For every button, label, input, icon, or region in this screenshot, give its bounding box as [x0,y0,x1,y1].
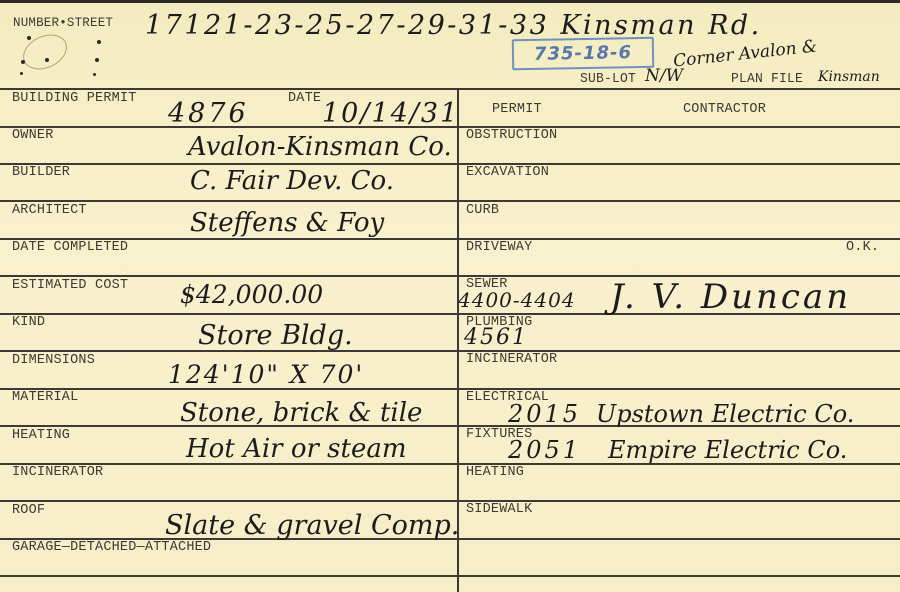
excavation-label: EXCAVATION [466,166,549,181]
builder-value: C. Fair Dev. Co. [190,168,394,194]
garage-label: GARAGE—DETACHED—ATTACHED [12,541,211,556]
plan-file-value: Kinsman [818,70,880,84]
sewer-contractor: J. V. Duncan [610,280,851,314]
corner-note: Corner Avalon & [673,38,818,70]
dimensions-value: 124'10" X 70' [168,362,364,387]
driveway-label: DRIVEWAY [466,241,532,256]
estimated-cost-label: ESTIMATED COST [12,279,128,294]
rule [0,350,900,352]
punch-dot [27,36,31,40]
plumbing-permit-number: 4561 [464,327,528,349]
sub-lot-label: SUB-LOT [580,72,636,87]
punch-dot [97,40,101,44]
sewer-permit-number: 4400-4404 [458,290,576,310]
roof-label: ROOF [12,504,45,519]
rule [0,163,900,165]
punch-dot [20,72,23,75]
owner-value: Avalon-Kinsman Co. [188,134,452,160]
owner-label: OWNER [12,129,54,144]
architect-value: Steffens & Foy [190,210,384,236]
top-edge [0,0,900,3]
kind-label: KIND [12,316,45,331]
rule [0,500,900,502]
number-street-label: NUMBER•STREET [13,16,113,31]
sub-lot-value: N/W [645,68,683,85]
material-value: Stone, brick & tile [180,400,422,426]
electrical-contractor: Upstown Electric Co. [596,402,854,426]
obstruction-label: OBSTRUCTION [466,129,557,144]
architect-label: ARCHITECT [12,204,87,219]
punch-dot [95,58,99,62]
date-completed-label: DATE COMPLETED [12,241,128,256]
punch-dot [45,58,49,62]
kind-value: Store Bldg. [198,322,353,349]
building-permit-label: BUILDING PERMIT [12,92,137,107]
estimated-cost-value: $42,000.00 [180,282,323,307]
date-label: DATE [288,92,321,107]
heating-value: Hot Air or steam [186,436,407,462]
parcel-stamp: 735-18-6 [512,37,655,70]
plan-file-label: PLAN FILE [731,72,803,87]
rule [0,200,900,202]
incinerator-permit-label: INCINERATOR [466,353,557,368]
builder-label: BUILDER [12,166,70,181]
rule [0,575,900,577]
material-label: MATERIAL [12,391,78,406]
permit-column-header: PERMIT [492,103,542,118]
rule [0,238,900,240]
building-permit-value: 4876 [168,100,249,127]
heating-permit-label: HEATING [466,466,524,481]
permit-card: NUMBER•STREET 17121-23-25-27-29-31-33 Ki… [0,0,900,592]
driveway-value: O.K. [846,241,879,256]
seal-mark-icon [17,28,72,76]
date-value: 10/14/31 [322,100,459,127]
roof-value: Slate & gravel Comp. [165,512,459,539]
address-value: 17121-23-25-27-29-31-33 Kinsman Rd. [145,12,762,39]
sidewalk-label: SIDEWALK [466,503,532,518]
incinerator-label: INCINERATOR [12,466,103,481]
contractor-column-header: CONTRACTOR [683,103,766,118]
rule [0,388,900,390]
punch-dot [93,73,96,76]
fixtures-contractor: Empire Electric Co. [608,438,847,462]
fixtures-permit-number: 2051 [508,438,581,462]
electrical-permit-number: 2015 [508,402,581,426]
curb-label: CURB [466,204,499,219]
punch-dot [21,60,25,64]
heating-label: HEATING [12,429,70,444]
dimensions-label: DIMENSIONS [12,354,95,369]
